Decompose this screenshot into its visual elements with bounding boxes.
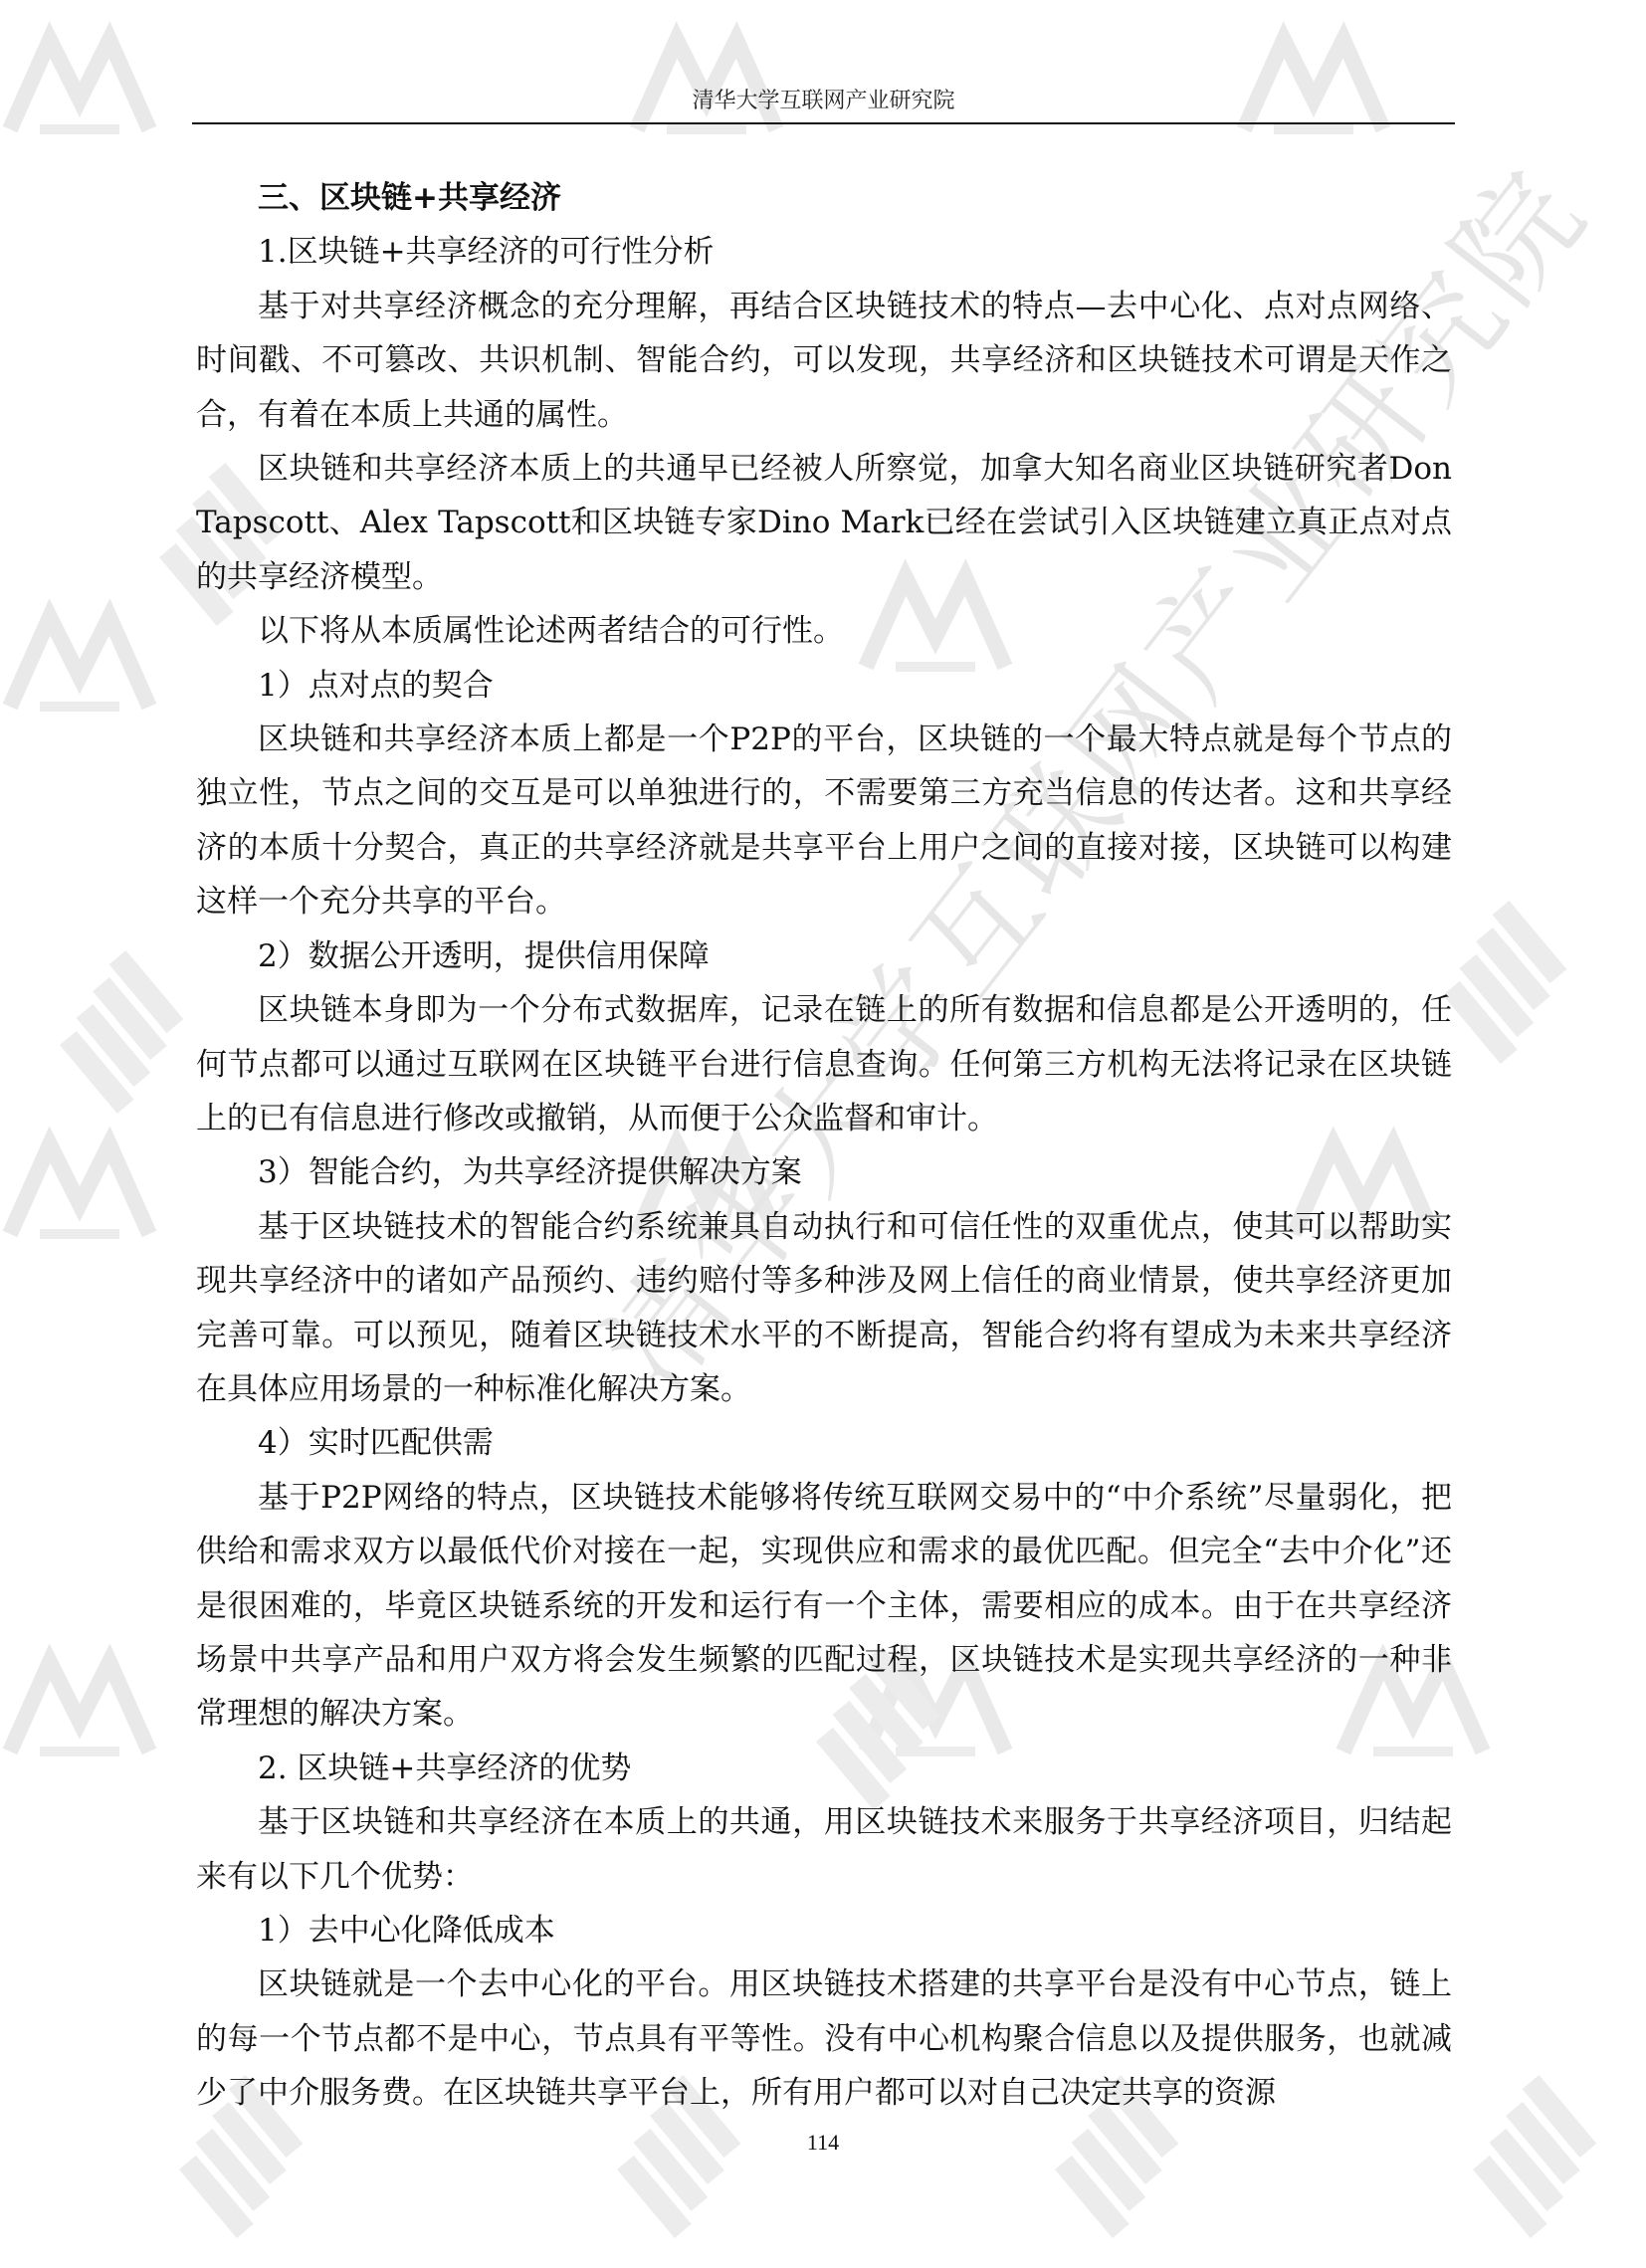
list-item-title: 4）实时匹配供需 <box>196 1416 1452 1470</box>
paragraph: 以下将从本质属性论述两者结合的可行性。 <box>196 604 1452 658</box>
paragraph: 区块链就是一个去中心化的平台。用区块链技术搭建的共享平台是没有中心节点，链上的每… <box>196 1958 1452 2120</box>
paragraph: 基于区块链技术的智能合约系统兼具自动执行和可信任性的双重优点，使其可以帮助实现共… <box>196 1200 1452 1417</box>
subsection-title: 2. 区块链+共享经济的优势 <box>196 1742 1452 1795</box>
page-header: 清华大学互联网产业研究院 <box>192 82 1455 121</box>
list-item-title: 1）去中心化降低成本 <box>196 1904 1452 1958</box>
paragraph: 区块链和共享经济本质上的共通早已经被人所察觉，加拿大知名商业区块链研究者Don … <box>196 442 1452 604</box>
list-item-title: 3）智能合约，为共享经济提供解决方案 <box>196 1145 1452 1199</box>
document-body: 三、区块链+共享经济 1.区块链+共享经济的可行性分析 基于对共享经济概念的充分… <box>196 171 1452 2121</box>
list-item-title: 1）点对点的契合 <box>196 659 1452 713</box>
paragraph: 基于区块链和共享经济在本质上的共通，用区块链技术来服务于共享经济项目，归结起来有… <box>196 1795 1452 1904</box>
subsection-title: 1.区块链+共享经济的可行性分析 <box>196 225 1452 279</box>
section-title: 三、区块链+共享经济 <box>196 171 1452 225</box>
paragraph: 基于对共享经济概念的充分理解，再结合区块链技术的特点—去中心化、点对点网络、时间… <box>196 280 1452 442</box>
list-item-title: 2）数据公开透明，提供信用保障 <box>196 929 1452 983</box>
header-divider <box>192 122 1455 124</box>
paragraph: 区块链本身即为一个分布式数据库，记录在链上的所有数据和信息都是公开透明的，任何节… <box>196 983 1452 1145</box>
paragraph: 区块链和共享经济本质上都是一个P2P的平台，区块链的一个最大特点就是每个节点的独… <box>196 713 1452 929</box>
page-number: 114 <box>0 2130 1646 2156</box>
paragraph: 基于P2P网络的特点，区块链技术能够将传统互联网交易中的“中介系统”尽量弱化，把… <box>196 1471 1452 1742</box>
